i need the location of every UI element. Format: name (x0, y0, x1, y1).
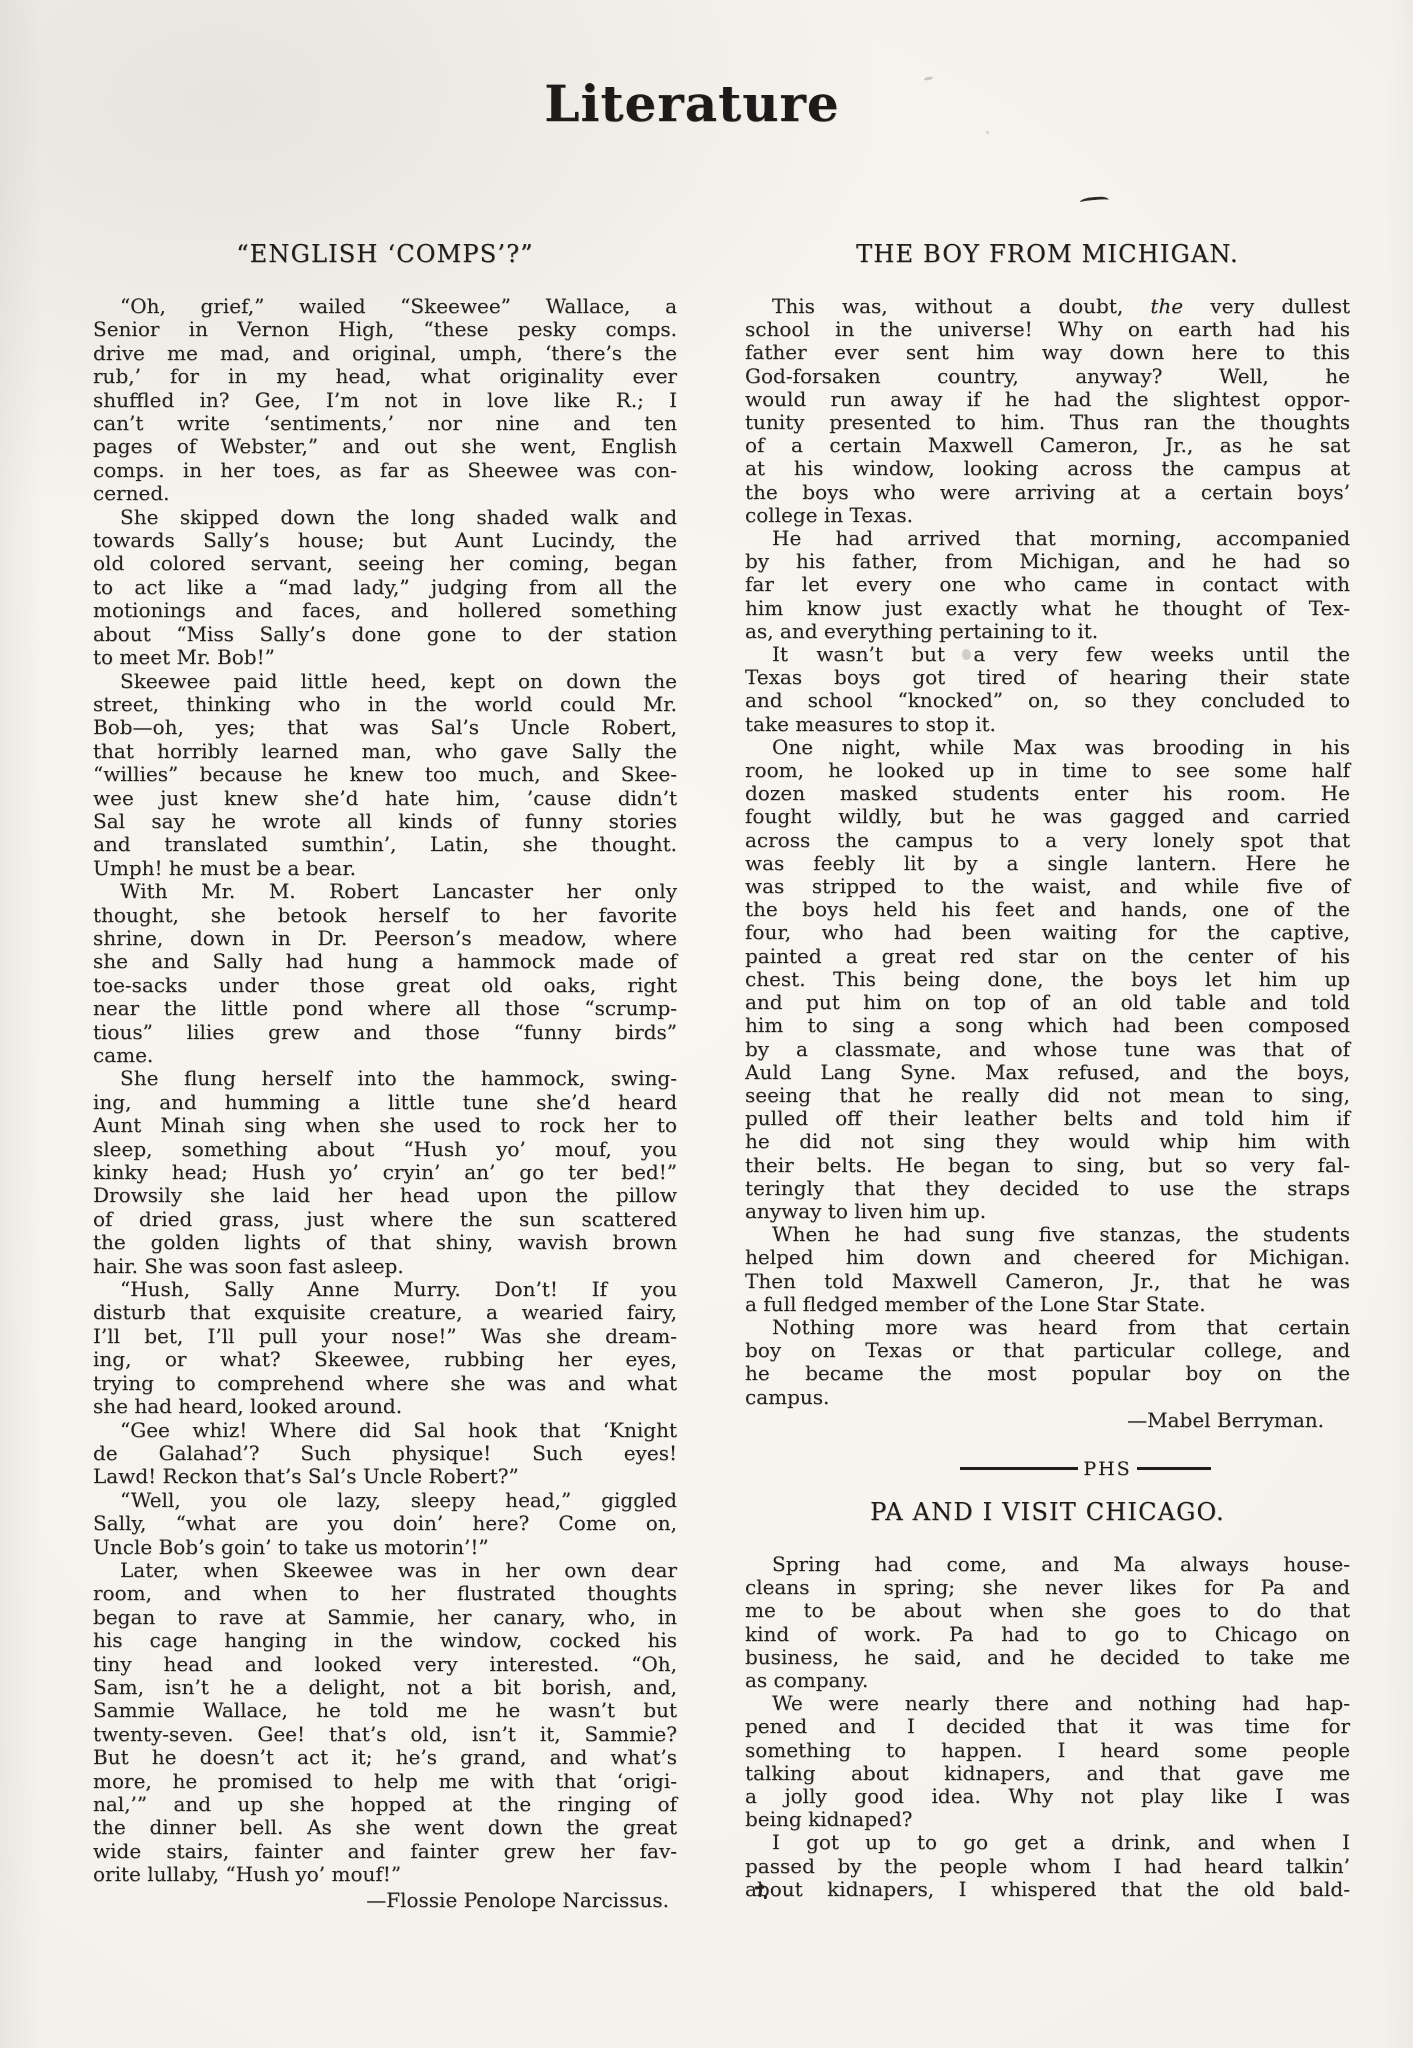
paragraph: “Gee whiz! Where did Sal hook that ‘Knig… (93, 1419, 677, 1489)
text-line: twenty-seven. Gee! that’s old, isn’t it,… (93, 1723, 677, 1746)
text-line: orite lullaby, “Hush yo’ mouf!” (93, 1863, 677, 1886)
paragraph: One night, while Max was brooding in his… (745, 736, 1350, 1223)
text-line: about “Miss Sally’s done gone to der sta… (93, 623, 677, 646)
text-line: This was, without a doubt, the very dull… (745, 295, 1350, 318)
text-line: across the campus to a very lonely spot … (745, 829, 1350, 852)
paragraph: Skeewee paid little heed, kept on down t… (93, 670, 677, 881)
text-line: and school “knocked” on, so they conclud… (745, 689, 1350, 712)
text-line: Skeewee paid little heed, kept on down t… (93, 670, 677, 693)
text-line: ing, or what? Skeewee, rubbing her eyes, (93, 1348, 677, 1371)
text-line: tunity presented to him. Thus ran the th… (745, 411, 1350, 434)
text-line: cleans in spring; she never likes for Pa… (745, 1576, 1350, 1599)
lead-text: This was, without a doubt, (772, 294, 1150, 318)
byline-english-comps: —Flossie Penolope Narcissus. (93, 1889, 677, 1912)
paragraph: “Well, you ole lazy, sleepy head,” giggl… (93, 1489, 677, 1559)
text-line: “Oh, grief,” wailed “Skeewee” Wallace, a (93, 295, 677, 318)
text-line: the boys held his feet and hands, one of… (745, 898, 1350, 921)
text-line: Drowsily she laid her head upon the pill… (93, 1184, 677, 1207)
text-line: But he doesn’t act it; he’s grand, and w… (93, 1746, 677, 1769)
text-line: came. (93, 1044, 677, 1067)
text-line: that horribly learned man, who gave Sall… (93, 740, 677, 763)
text-line: talking about kidnapers, and that gave m… (745, 1762, 1350, 1785)
text-line: would run away if he had the slightest o… (745, 388, 1350, 411)
text-line: him know just exactly what he thought of… (745, 597, 1350, 620)
text-line: as, and everything pertaining to it. (745, 620, 1350, 643)
text-line: at his window, looking across the campus… (745, 457, 1350, 480)
text-line: “Well, you ole lazy, sleepy head,” giggl… (93, 1489, 677, 1512)
text-line: tiny head and looked very interested. “O… (93, 1653, 677, 1676)
text-line: It wasn’t but a very few weeks until the (745, 643, 1350, 666)
text-line: disturb that exquisite creature, a weari… (93, 1301, 677, 1324)
text-line: began to rave at Sammie, her canary, who… (93, 1606, 677, 1629)
text-line: chest. This being done, the boys let him… (745, 968, 1350, 991)
text-line: pulled off their leather belts and told … (745, 1107, 1350, 1130)
text-line: kind of work. Pa had to go to Chicago on (745, 1623, 1350, 1646)
right-column: THE BOY FROM MICHIGAN. This was, without… (745, 238, 1350, 1901)
text-line: ing, and humming a little tune she’d hea… (93, 1091, 677, 1114)
text-line: When he had sung five stanzas, the stude… (745, 1223, 1350, 1246)
text-line: passed by the people whom I had heard ta… (745, 1855, 1350, 1878)
text-line: room, and when to her flustrated thought… (93, 1582, 677, 1605)
text-line: father ever sent him way down here to th… (745, 341, 1350, 364)
text-line: kinky head; Hush yo’ cryin’ an’ go ter b… (93, 1161, 677, 1184)
text-line: take measures to stop it. (745, 713, 1350, 736)
text-line: Texas boys got tired of hearing their st… (745, 666, 1350, 689)
text-line: four, who had been waiting for the capti… (745, 921, 1350, 944)
text-line: One night, while Max was brooding in his (745, 736, 1350, 759)
text-line: shrine, down in Dr. Peerson’s meadow, wh… (93, 927, 677, 950)
text-line: Later, when Skeewee was in her own dear (93, 1559, 677, 1582)
text-line: school in the universe! Why on earth had… (745, 318, 1350, 341)
text-line: the dinner bell. As she went down the gr… (93, 1816, 677, 1839)
text-line: drive me mad, and original, umph, ‘there… (93, 342, 677, 365)
text-line: to act like a “mad lady,” judging from a… (93, 576, 677, 599)
text-line: wee just knew she’d hate him, ’cause did… (93, 787, 677, 810)
text-line: comps. in her toes, as far as Sheewee wa… (93, 459, 677, 482)
text-line: by his father, from Michigan, and he had… (745, 550, 1350, 573)
text-line: rub,’ for in my head, what originality e… (93, 365, 677, 388)
text-line: Umph! he must be a bear. (93, 857, 677, 880)
text-line: pages of Webster,” and out she went, Eng… (93, 435, 677, 458)
text-line: the boys who were arriving at a certain … (745, 481, 1350, 504)
text-line: towards Sally’s house; but Aunt Lucindy,… (93, 529, 677, 552)
article-title-pa-and-i-visit-chicago: PA AND I VISIT CHICAGO. (745, 1496, 1350, 1528)
text-line: wide stairs, fainter and fainter grew he… (93, 1840, 677, 1863)
text-line: Then told Maxwell Cameron, Jr., that he … (745, 1270, 1350, 1293)
page-title: Literature (0, 74, 1384, 133)
text-line: “Gee whiz! Where did Sal hook that ‘Knig… (93, 1419, 677, 1442)
paragraph: It wasn’t but a very few weeks until the… (745, 643, 1350, 736)
text-line: she had heard, looked around. (93, 1395, 677, 1418)
paragraph: When he had sung five stanzas, the stude… (745, 1223, 1350, 1316)
text-line: toe-sacks under those great old oaks, ri… (93, 974, 677, 997)
paragraph: She skipped down the long shaded walk an… (93, 506, 677, 670)
paragraph-continuation: school in the universe! Why on earth had… (745, 318, 1350, 527)
text-line: We were nearly there and nothing had hap… (745, 1692, 1350, 1715)
text-line: Spring had come, and Ma always house- (745, 1553, 1350, 1576)
text-line: to meet Mr. Bob!” (93, 646, 677, 669)
text-line: a jolly good idea. Why not play like I w… (745, 1785, 1350, 1808)
text-line: I’ll bet, I’ll pull your nose!” Was she … (93, 1325, 677, 1348)
text-line: helped him down and cheered for Michigan… (745, 1246, 1350, 1269)
text-line: of dried grass, just where the sun scatt… (93, 1208, 677, 1231)
text-line: as company. (745, 1669, 1350, 1692)
text-line: she and Sally had hung a hammock made of (93, 950, 677, 973)
text-line: hair. She was soon fast asleep. (93, 1255, 677, 1278)
text-line: and translated sumthin’, Latin, she thou… (93, 833, 677, 856)
paragraph: “Hush, Sally Anne Murry. Don’t! If youdi… (93, 1278, 677, 1418)
article-title-english-comps: “ENGLISH ‘COMPS’?” (93, 238, 677, 270)
text-line: me to be about when she goes to do that (745, 1599, 1350, 1622)
text-line: motionings and faces, and hollered somet… (93, 599, 677, 622)
text-line: Sal say he wrote all kinds of funny stor… (93, 810, 677, 833)
paragraph: We were nearly there and nothing had hap… (745, 1692, 1350, 1831)
text-line: street, thinking who in the world could … (93, 693, 677, 716)
text-line: campus. (745, 1386, 1350, 1409)
byline-boy-from-michigan: —Mabel Berryman. (745, 1409, 1350, 1432)
text-line: college in Texas. (745, 504, 1350, 527)
text-line: him to sing a song which had been compos… (745, 1014, 1350, 1037)
text-line: thought, she betook herself to her favor… (93, 904, 677, 927)
paragraph: This was, without a doubt, the very dull… (745, 295, 1350, 527)
paragraph: She flung herself into the hammock, swin… (93, 1067, 677, 1278)
text-line: old colored servant, seeing her coming, … (93, 552, 677, 575)
text-line: the golden lights of that shiny, wavish … (93, 1231, 677, 1254)
divider-label: PHS (1078, 1462, 1136, 1476)
emphasis-word: the (1150, 294, 1183, 318)
paragraph: He had arrived that morning, accompanied… (745, 527, 1350, 643)
text-line: Sammie Wallace, he told me he wasn’t but (93, 1699, 677, 1722)
text-line: he did not sing they would whip him with (745, 1130, 1350, 1153)
text-line: business, he said, and he decided to tak… (745, 1646, 1350, 1669)
text-line: about kidnapers, I whispered that the ol… (745, 1878, 1350, 1901)
text-line: his cage hanging in the window, cocked h… (93, 1629, 677, 1652)
text-line: a full fledged member of the Lone Star S… (745, 1293, 1350, 1316)
paragraph: Later, when Skeewee was in her own dearr… (93, 1559, 677, 1887)
text-line: Bob—oh, yes; that was Sal’s Uncle Robert… (93, 716, 677, 739)
article-title-boy-from-michigan: THE BOY FROM MICHIGAN. (745, 238, 1350, 270)
phs-section-divider: PHS (783, 1462, 1388, 1476)
text-line: Sam, isn’t he a delight, not a bit boris… (93, 1676, 677, 1699)
paragraph: Nothing more was heard from that certain… (745, 1316, 1350, 1409)
text-line: Senior in Vernon High, “these pesky comp… (93, 318, 677, 341)
divider-rule-right (1137, 1467, 1211, 1470)
left-column: “ENGLISH ‘COMPS’?” “Oh, grief,” wailed “… (93, 238, 677, 1912)
text-line: and put him on top of an old table and t… (745, 991, 1350, 1014)
text-line: being kidnaped? (745, 1808, 1350, 1831)
text-line: boy on Texas or that particular college,… (745, 1339, 1350, 1362)
divider-rule-left (960, 1467, 1078, 1470)
text-line: was stripped to the waist, and while fiv… (745, 875, 1350, 898)
text-line: teringly that they decided to use the st… (745, 1177, 1350, 1200)
text-line: shuffled in? Gee, I’m not in love like R… (93, 389, 677, 412)
scan-dash-artifact (1080, 196, 1110, 207)
text-line: anyway to liven him up. (745, 1200, 1350, 1223)
text-line: near the little pond where all those “sc… (93, 997, 677, 1020)
text-line: something to happen. I heard some people (745, 1739, 1350, 1762)
text-line: their belts. He began to sing, but so ve… (745, 1154, 1350, 1177)
text-line: Sally, “what are you doin’ here? Come on… (93, 1512, 677, 1535)
paragraph: “Oh, grief,” wailed “Skeewee” Wallace, a… (93, 295, 677, 506)
text-line: I got up to go get a drink, and when I (745, 1831, 1350, 1854)
text-line: trying to comprehend where she was and w… (93, 1372, 677, 1395)
text-line: painted a great red star on the center o… (745, 945, 1350, 968)
text-line: With Mr. M. Robert Lancaster her only (93, 880, 677, 903)
text-line: cerned. (93, 482, 677, 505)
text-line: “willies” because he knew too much, and … (93, 763, 677, 786)
text-line: can’t write ‘sentiments,’ nor nine and t… (93, 412, 677, 435)
text-line: Auld Lang Syne. Max refused, and the boy… (745, 1061, 1350, 1084)
text-line: She skipped down the long shaded walk an… (93, 506, 677, 529)
text-line: was feebly lit by a single lantern. Here… (745, 852, 1350, 875)
text-line: Nothing more was heard from that certain (745, 1316, 1350, 1339)
text-line: She flung herself into the hammock, swin… (93, 1067, 677, 1090)
paragraph: With Mr. M. Robert Lancaster her onlytho… (93, 880, 677, 1067)
text-line: seeing that he really did not mean to si… (745, 1084, 1350, 1107)
text-line: tious” lilies grew and those “funny bird… (93, 1021, 677, 1044)
text-line: He had arrived that morning, accompanied (745, 527, 1350, 550)
scan-speck (986, 131, 989, 134)
text-line: room, he looked up in time to see some h… (745, 759, 1350, 782)
text-line: by a classmate, and whose tune was that … (745, 1038, 1350, 1061)
paragraph: Spring had come, and Ma always house-cle… (745, 1553, 1350, 1692)
text-line: he became the most popular boy on the (745, 1362, 1350, 1385)
text-line: more, he promised to help me with that ‘… (93, 1770, 677, 1793)
text-line: of a certain Maxwell Cameron, Jr., as he… (745, 434, 1350, 457)
text-line: God-forsaken country, anyway? Well, he (745, 365, 1350, 388)
text-line: sleep, something about “Hush yo’ mouf, y… (93, 1138, 677, 1161)
text-line: far let every one who came in contact wi… (745, 573, 1350, 596)
text-line: dozen masked students enter his room. He (745, 782, 1350, 805)
lead-text: very dullest (1183, 294, 1350, 318)
text-line: fought wildly, but he was gagged and car… (745, 805, 1350, 828)
scanned-yearbook-page: Literature “ENGLISH ‘COMPS’?” “Oh, grief… (0, 0, 1413, 2048)
text-line: Aunt Minah sing when she used to rock he… (93, 1114, 677, 1137)
text-line: Lawd! Reckon that’s Sal’s Uncle Robert?” (93, 1465, 677, 1488)
text-line: nal,’” and up she hopped at the ringing … (93, 1793, 677, 1816)
text-line: Uncle Bob’s goin’ to take us motorin’!” (93, 1536, 677, 1559)
text-line: pened and I decided that it was time for (745, 1715, 1350, 1738)
text-line: de Galahad’? Such physique! Such eyes! (93, 1442, 677, 1465)
text-line: “Hush, Sally Anne Murry. Don’t! If you (93, 1278, 677, 1301)
paragraph: I got up to go get a drink, and when Ipa… (745, 1831, 1350, 1901)
